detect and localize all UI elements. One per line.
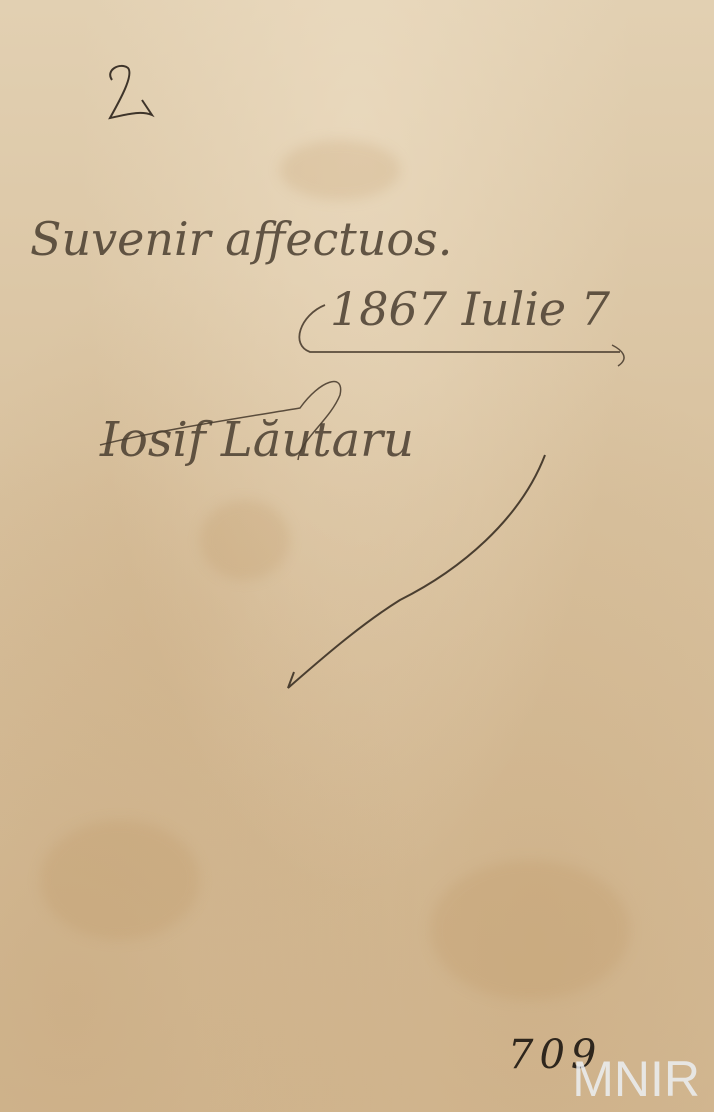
watermark: MNIR: [572, 1050, 700, 1108]
card-back: Suvenir affectuos. 1867 Iulie 7 Iosif Lă…: [0, 0, 714, 1112]
dedication-text: Suvenir affectuos.: [30, 212, 452, 266]
date-text: 1867 Iulie 7: [330, 282, 610, 336]
handwriting-strokes: [0, 0, 714, 1112]
signature-text: Iosif Lăutaru: [100, 412, 414, 468]
